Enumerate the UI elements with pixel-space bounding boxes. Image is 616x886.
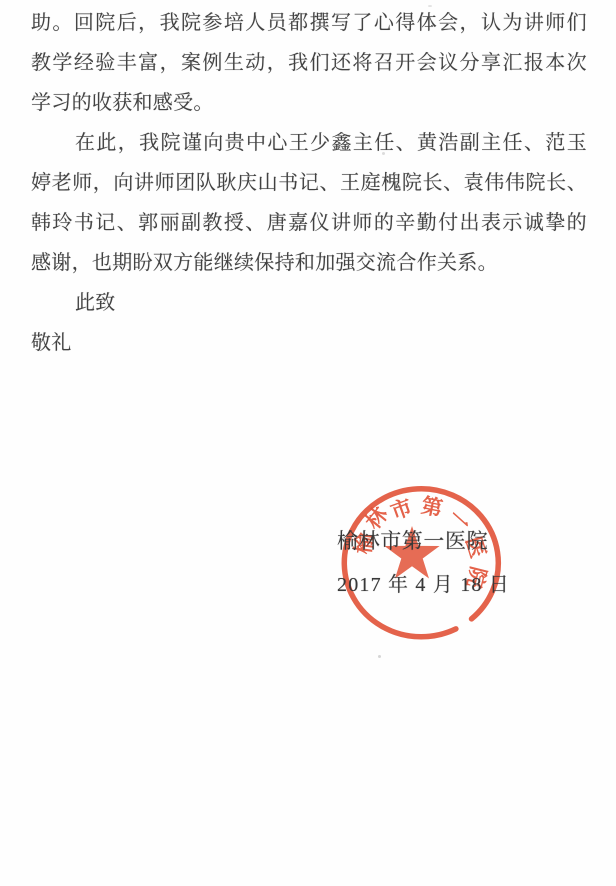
scan-speck: [382, 152, 385, 155]
body-line-5: 婷老师，向讲师团队耿庆山书记、王庭槐院长、袁伟伟院长、: [31, 163, 587, 203]
body-line-3: 学习的收获和感受。: [31, 83, 587, 123]
scan-speck: [378, 655, 381, 658]
body-line-4: 在此，我院谨向贵中心王少鑫主任、黄浩副主任、范玉: [31, 123, 587, 163]
closing-cizhi: 此致: [31, 283, 587, 323]
closing-jingli: 敬礼: [31, 323, 587, 363]
body-line-7: 感谢，也期盼双方能继续保持和加强交流合作关系。: [31, 243, 587, 283]
official-seal: 榆 林 市 第 一 医 院: [341, 486, 505, 646]
letter-body: 助。回院后，我院参培人员都撰写了心得体会，认为讲师们 教学经验丰富，案例生动，我…: [31, 3, 587, 363]
body-line-6: 韩玲书记、郭丽副教授、唐嘉仪讲师的辛勤付出表示诚挚的: [31, 203, 587, 243]
body-line-1: 助。回院后，我院参培人员都撰写了心得体会，认为讲师们: [31, 3, 587, 43]
signature-organization: 榆林市第一医院: [337, 529, 488, 553]
seal-arc-char: 第: [419, 493, 444, 521]
letter-page: 助。回院后，我院参培人员都撰写了心得体会，认为讲师们 教学经验丰富，案例生动，我…: [0, 0, 616, 886]
seal-arc-char: 市: [388, 495, 416, 525]
scan-speck: [428, 5, 432, 7]
signature-date: 2017 年 4 月 18 日: [337, 573, 510, 597]
body-line-2: 教学经验丰富，案例生动，我们还将召开会议分享汇报本次: [31, 43, 587, 83]
